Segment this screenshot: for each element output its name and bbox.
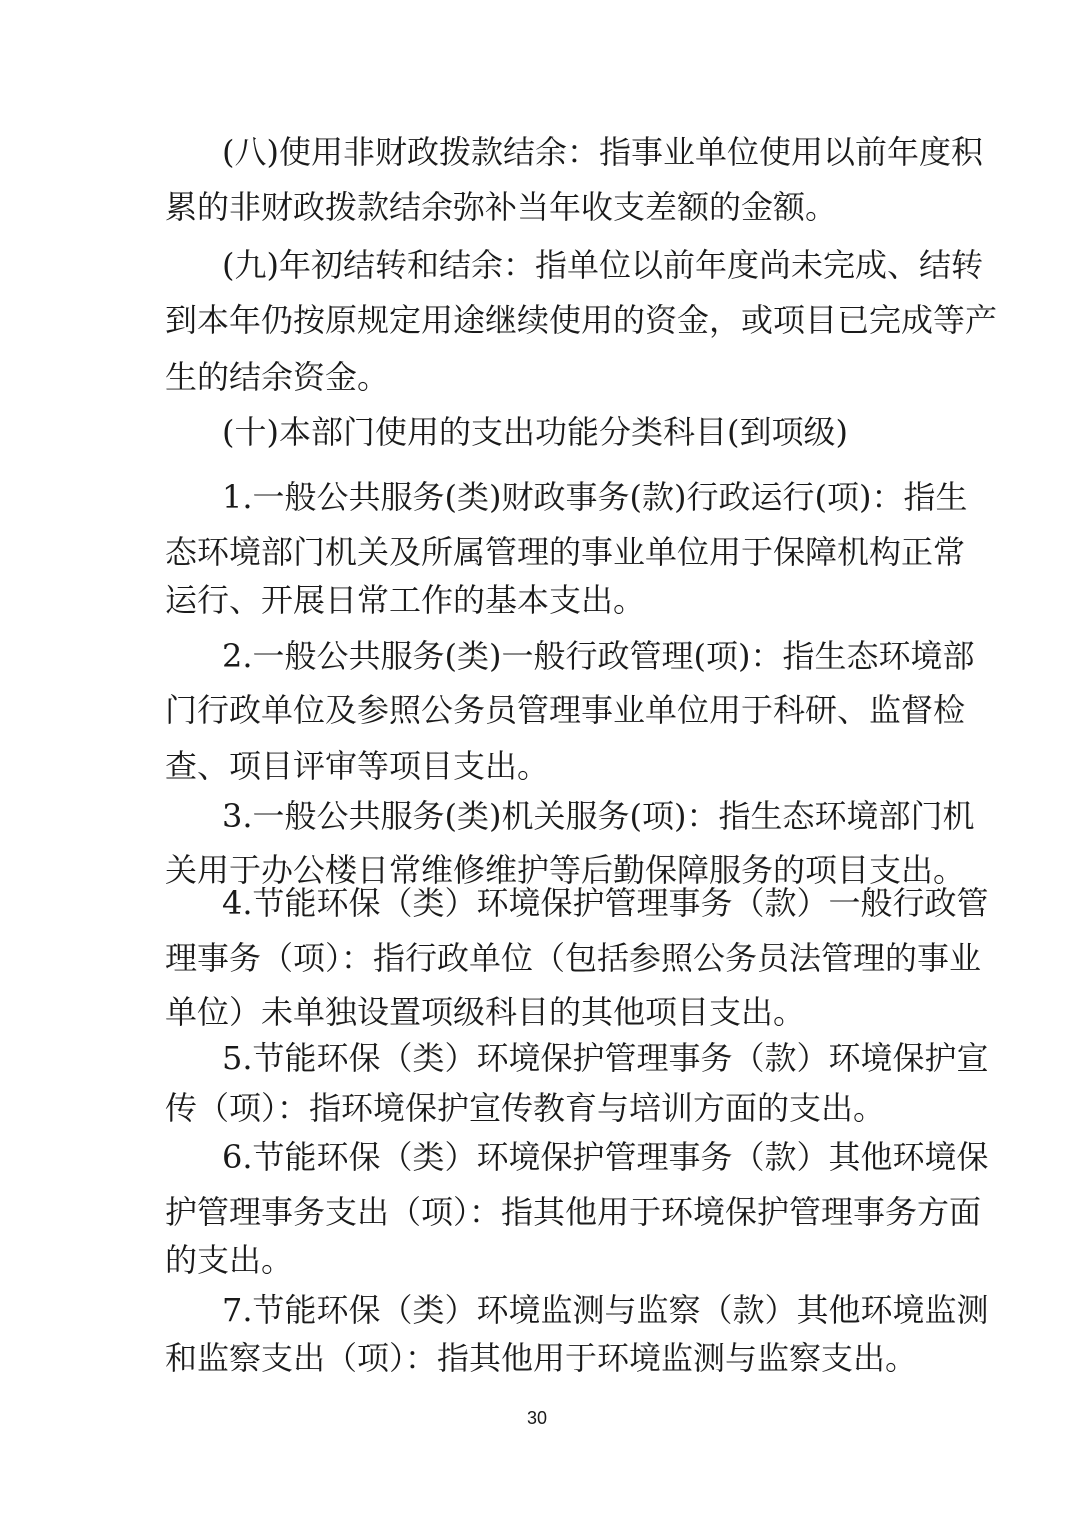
text-line: 累的非财政拨款结余弥补当年收支差额的金额。 [165,185,913,229]
text-line: 7.节能环保（类）环境监测与监察（款）其他环境监测 [222,1288,913,1332]
text-line: 的支出。 [165,1238,913,1282]
text-line: 6.节能环保（类）环境保护管理事务（款）其他环境保 [222,1135,913,1179]
text-line: 传（项）：指环境保护宣传教育与培训方面的支出。 [165,1086,913,1130]
text-line: 5.节能环保（类）环境保护管理事务（款）环境保护宣 [222,1036,913,1080]
text-line: 护管理事务支出（项）：指其他用于环境保护管理事务方面 [165,1190,913,1234]
text-line: (九)年初结转和结余：指单位以前年度尚未完成、结转 [222,243,913,287]
section-heading: (十)本部门使用的支出功能分类科目(到项级) [222,410,913,454]
text-line: 运行、开展日常工作的基本支出。 [165,578,913,622]
text-line: 1.一般公共服务(类)财政事务(款)行政运行(项)：指生 [222,475,913,519]
text-line: 查、项目评审等项目支出。 [165,744,913,788]
text-line: 4.节能环保（类）环境保护管理事务（款）一般行政管 [222,881,913,925]
text-line: 态环境部门机关及所属管理的事业单位用于保障机构正常 [165,530,913,574]
text-line: 门行政单位及参照公务员管理事业单位用于科研、监督检 [165,688,913,732]
text-line: 理事务（项）：指行政单位（包括参照公务员法管理的事业 [165,936,913,980]
text-line: 2.一般公共服务(类)一般行政管理(项)：指生态环境部 [222,634,913,678]
text-line: 到本年仍按原规定用途继续使用的资金，或项目已完成等产 [165,298,913,342]
document-page: (八)使用非财政拨款结余：指事业单位使用以前年度积 累的非财政拨款结余弥补当年收… [0,0,1074,1520]
text-line: 和监察支出（项）：指其他用于环境监测与监察支出。 [165,1336,913,1380]
text-line: 生的结余资金。 [165,355,913,399]
text-line: 单位）未单独设置项级科目的其他项目支出。 [165,990,913,1034]
text-line: (八)使用非财政拨款结余：指事业单位使用以前年度积 [222,130,913,174]
text-line: 3.一般公共服务(类)机关服务(项)：指生态环境部门机 [222,794,913,838]
page-number: 30 [0,1408,1074,1429]
